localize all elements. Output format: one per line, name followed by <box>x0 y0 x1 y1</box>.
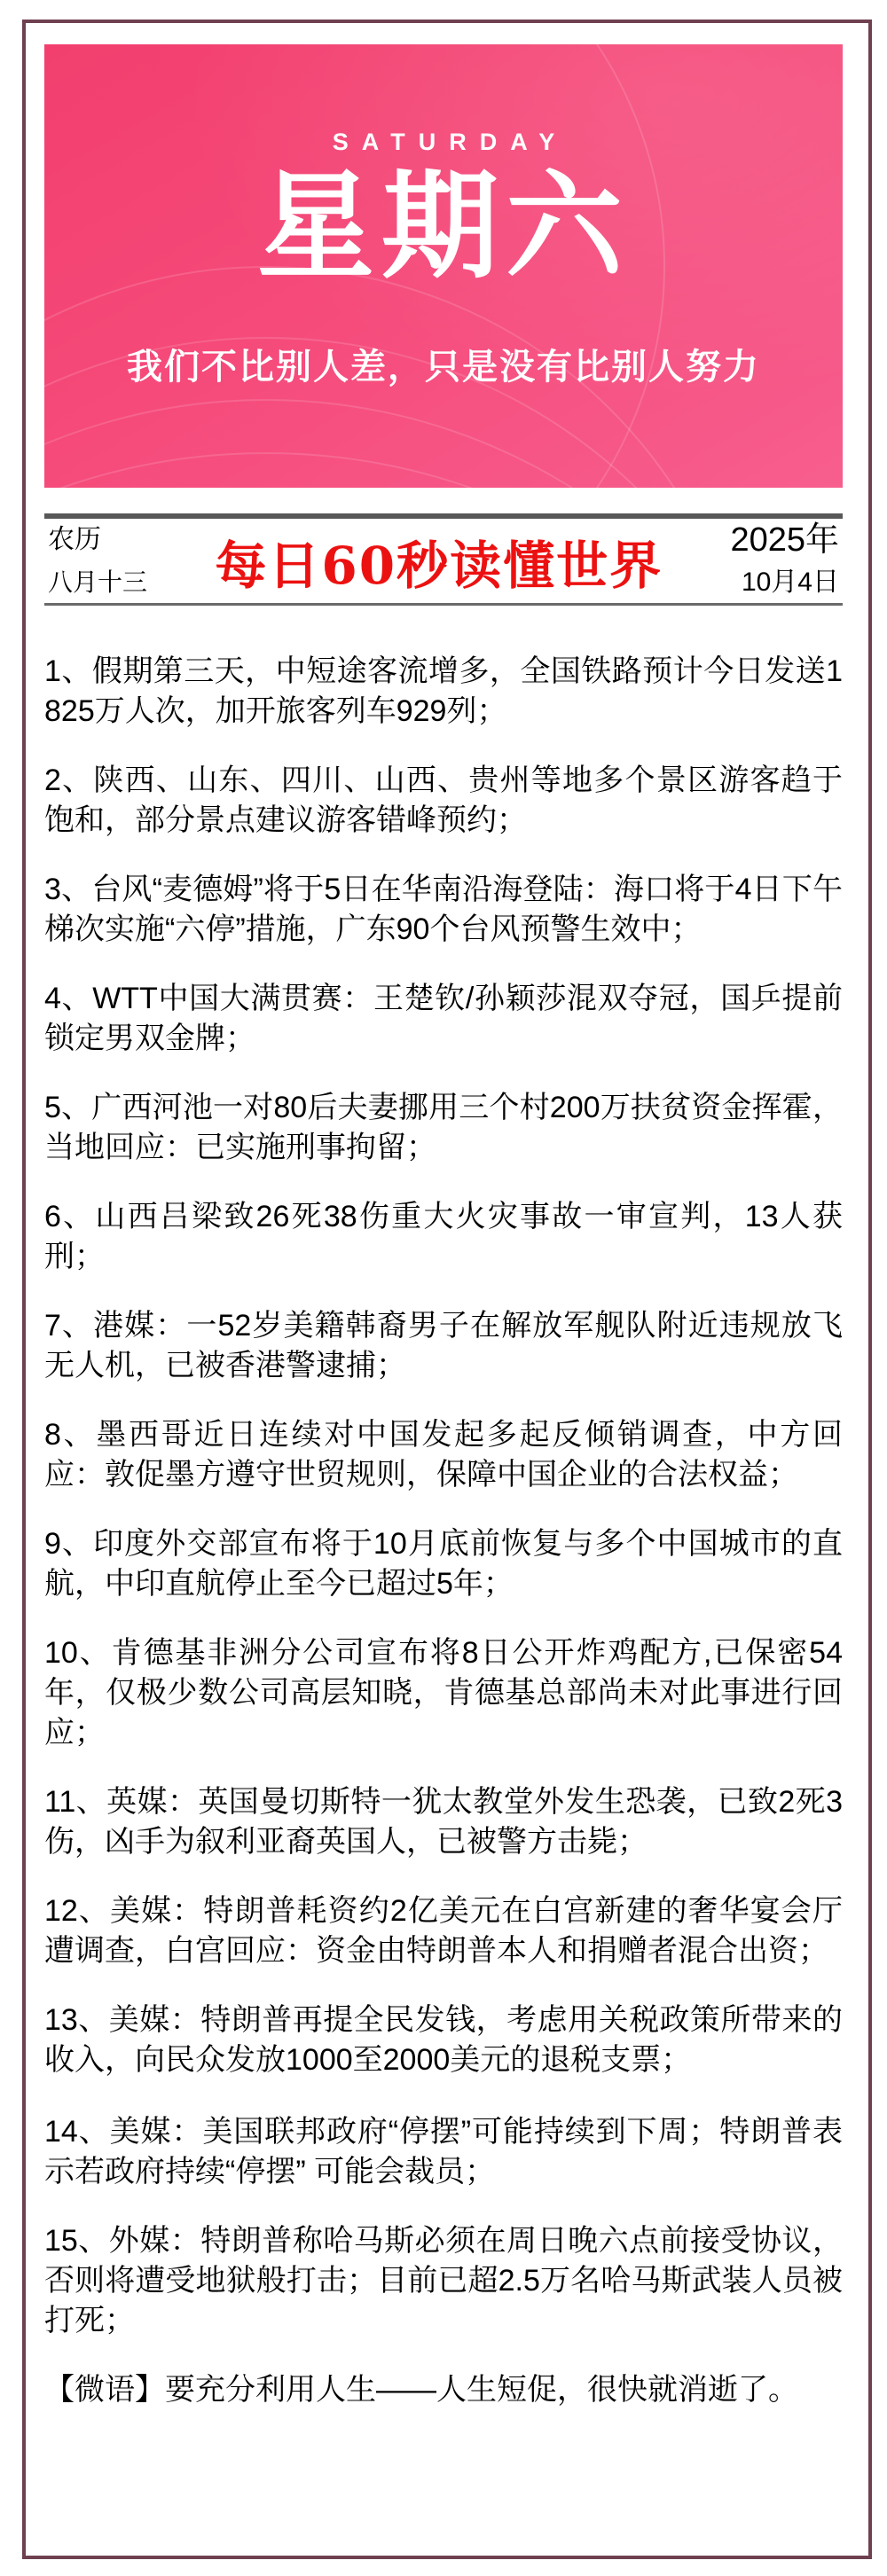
news-item: 15、外媒：特朗普称哈马斯必须在周日晚六点前接受协议，否则将遭受地狱般打击；目前… <box>44 2221 843 2341</box>
news-item: 5、广西河池一对80后夫妻挪用三个村200万扶贫资金挥霍，当地回应：已实施刑事拘… <box>44 1088 843 1168</box>
banner-motto: 我们不比别人差，只是没有比别人努力 <box>44 339 843 389</box>
news-item: 11、英媒：英国曼切斯特一犹太教堂外发生恐袭，已致2死3伤，凶手为叙利亚裔英国人… <box>44 1782 843 1862</box>
news-item: 1、假期第三天，中短途客流增多，全国铁路预计今日发送1825万人次，加开旅客列车… <box>44 652 843 732</box>
news-item: 10、肯德基非洲分公司宣布将8日公开炸鸡配方,已保密54年，仅极少数公司高层知晓… <box>44 1633 843 1753</box>
weekday-english: SATURDAY <box>44 129 843 156</box>
news-list: 1、假期第三天，中短途客流增多，全国铁路预计今日发送1825万人次，加开旅客列车… <box>44 606 843 2439</box>
news-item: 9、印度外交部宣布将于10月底前恢复与多个中国城市的直航，中印直航停止至今已超过… <box>44 1524 843 1604</box>
news-item: 4、WTT中国大满贯赛：王楚钦/孙颖莎混双夺冠，国乒提前锁定男双金牌； <box>44 979 843 1059</box>
page-title: 每日60秒读懂世界 <box>215 524 663 599</box>
news-item: 3、台风“麦德姆”将于5日在华南沿海登陆：海口将于4日下午梯次实施“六停”措施，… <box>44 870 843 950</box>
lunar-date-column: 农历 八月十三 <box>48 519 147 604</box>
banner-arc-decoration <box>44 452 843 488</box>
footer-quote: 【微语】要充分利用人生——人生短促，很快就消逝了。 <box>44 2370 843 2410</box>
news-item: 7、港媒：一52岁美籍韩裔男子在解放军舰队附近违规放飞无人机，已被香港警逮捕； <box>44 1306 843 1386</box>
news-item: 14、美媒：美国联邦政府“停摆”可能持续到下周；特朗普表示若政府持续“停摆” 可… <box>44 2112 843 2192</box>
news-item: 8、墨西哥近日连续对中国发起多起反倾销调查，中方回应：敦促墨方遵守世贸规则，保障… <box>44 1415 843 1495</box>
date-label: 10月4日 <box>730 561 839 604</box>
date-bar: 农历 八月十三 每日60秒读懂世界 2025年 10月4日 <box>44 513 843 606</box>
weekday-banner: SATURDAY 星期六 我们不比别人差，只是没有比别人努力 <box>44 44 843 488</box>
lunar-label: 农历 <box>48 519 147 561</box>
lunar-date: 八月十三 <box>48 561 147 604</box>
weekday-chinese: 星期六 <box>44 160 843 294</box>
news-item: 6、山西吕梁致26死38伤重大火灾事故一审宣判，13人获刑； <box>44 1197 843 1277</box>
daily-news-poster: { "colors":{ "banner_pink_a":"#f23f6e", … <box>0 0 887 2576</box>
gregorian-date-column: 2025年 10月4日 <box>730 519 839 604</box>
news-item: 13、美媒：特朗普再提全民发钱，考虑用关税政策所带来的收入，向民众发放1000至… <box>44 2001 843 2080</box>
news-item: 12、美媒：特朗普耗资约2亿美元在白宫新建的奢华宴会厅遭调查，白宫回应：资金由特… <box>44 1891 843 1971</box>
year-label: 2025年 <box>730 519 839 561</box>
banner-arc-decoration <box>44 399 843 488</box>
news-item: 2、陕西、山东、四川、山西、贵州等地多个景区游客趋于饱和，部分景点建议游客错峰预… <box>44 761 843 841</box>
